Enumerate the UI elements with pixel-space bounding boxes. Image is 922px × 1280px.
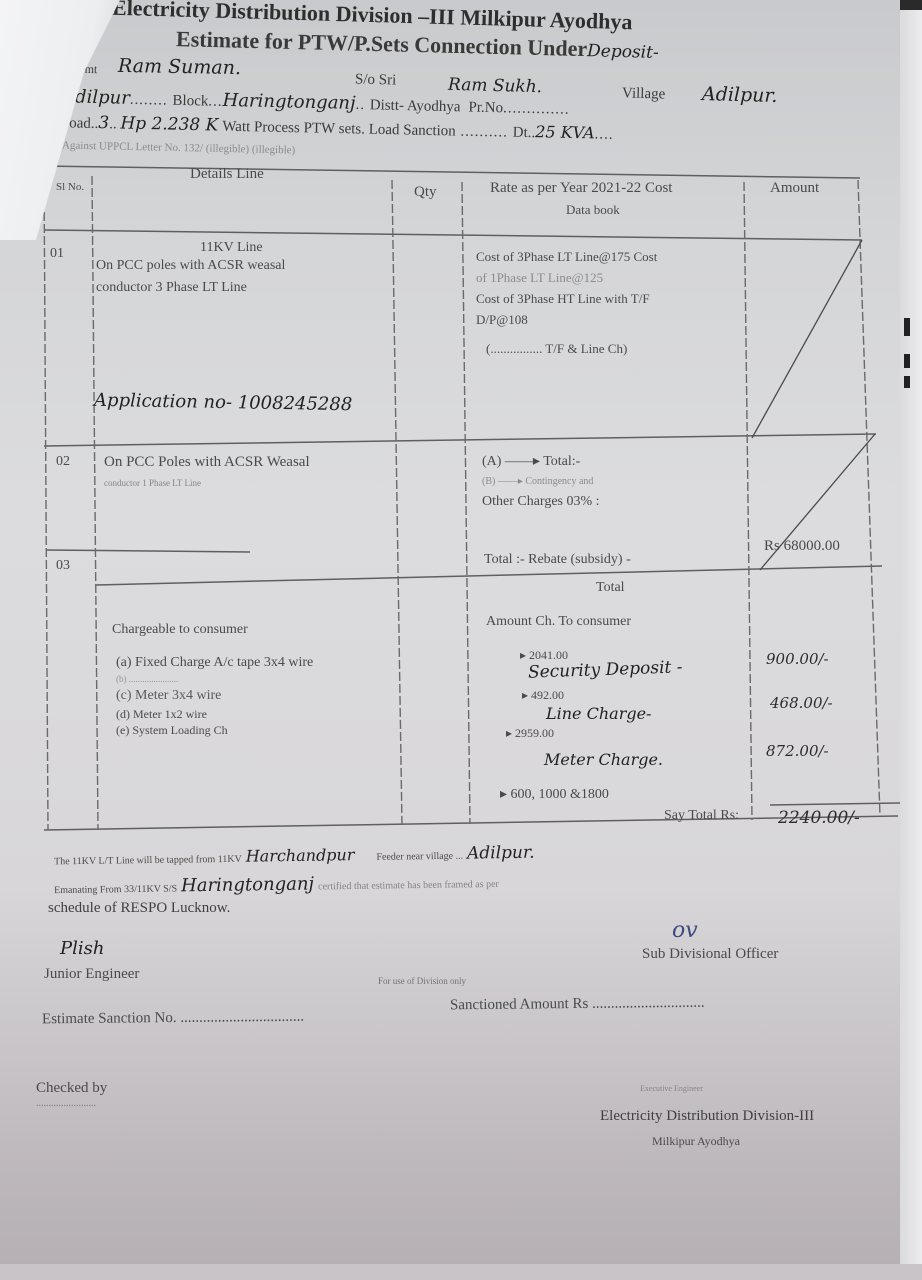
certified-text: certified that estimate has been framed … <box>318 879 499 893</box>
office-line1: Electricity Distribution Division-III <box>600 1108 814 1125</box>
table-grid <box>0 0 900 900</box>
checked-by-sub: ........................ <box>36 1098 96 1109</box>
col-header-amount: Amount <box>770 180 819 197</box>
office-line2: Milkipur Ayodhya <box>652 1134 740 1149</box>
punch-mark <box>904 318 910 336</box>
ee-label: Executive Engineer <box>640 1084 703 1093</box>
chargeable-item: (b) ...................... <box>116 673 313 685</box>
sdo-label: Sub Divisional Officer <box>642 946 778 963</box>
background-bottom-edge <box>0 1264 922 1280</box>
estimate-document: Electricity Distribution Division –III M… <box>0 0 900 1268</box>
rate-line: D/P@108 <box>476 309 657 330</box>
col-header-slno-text: Sl No. <box>56 181 84 193</box>
rate-line: (A) ——▸ Total:- <box>482 452 600 472</box>
row3-slno: 03 <box>56 558 70 574</box>
tapped-prefix: The 11KV L/T Line will be tapped from 11… <box>54 854 242 868</box>
tapped-mid: Feeder near village ... <box>376 851 463 863</box>
charge-amount-1: 900.00/- <box>766 650 829 668</box>
division-use-label: For use of Division only <box>378 976 466 986</box>
charge-printed-4: ▸ 600, 1000 &1800 <box>500 786 609 803</box>
rate-line: (................ T/F & Line Ch) <box>486 338 657 359</box>
rate-line: (B) ——▸ Contingency and <box>482 472 600 492</box>
charge-amount-3: 872.00/- <box>766 742 829 760</box>
total-label: Total <box>596 580 625 596</box>
col-header-qty: Qty <box>414 184 437 201</box>
col-header-slno: Sl No. <box>56 180 84 194</box>
chargeable-item: (a) Fixed Charge A/c tape 3x4 wire <box>116 652 313 673</box>
charge-amount-2: 468.00/- <box>770 694 833 712</box>
substation-name: Haringtonganj <box>181 873 314 896</box>
say-total-label: Say Total Rs: <box>664 808 739 824</box>
chargeable-item: (e) System Loading Ch <box>116 722 313 738</box>
amount-ch-heading: Amount Ch. To consumer <box>486 614 631 630</box>
punch-mark <box>904 354 910 368</box>
rate-line: of 1Phase LT Line@125 <box>476 267 657 288</box>
row1-details-line2: conductor 3 Phase LT Line <box>96 280 247 296</box>
row1-rate: Cost of 3Phase LT Line@175 Cost of 1Phas… <box>476 246 657 359</box>
sanction-no-field: Estimate Sanction No. ..................… <box>42 1009 304 1029</box>
charge-printed-2: ▸ 492.00 <box>522 688 564 703</box>
feeder-name: Harchandpur <box>246 845 355 866</box>
row2-rate: (A) ——▸ Total:- (B) ——▸ Contingency and … <box>482 452 600 512</box>
emanating-prefix: Emanating From 33/11KV S/S <box>54 883 177 896</box>
row2-details-line2: conductor 1 Phase LT Line <box>104 478 201 488</box>
checked-by-label: Checked by <box>36 1080 107 1097</box>
schedule-text: schedule of RESPO Lucknow. <box>48 900 230 917</box>
chargeable-heading: Chargeable to consumer <box>112 622 248 638</box>
sanctioned-amount-field: Sanctioned Amount Rs ...................… <box>450 995 705 1015</box>
punch-mark <box>904 376 910 388</box>
tapped-village: Adilpur. <box>467 843 535 864</box>
chargeable-item: (d) Meter 1x2 wire <box>116 706 313 722</box>
col-header-details: Details Line <box>190 166 264 183</box>
chargeable-items: (a) Fixed Charge A/c tape 3x4 wire (b) .… <box>116 652 313 738</box>
col-header-rate: Rate as per Year 2021-22 Cost <box>490 180 672 197</box>
row2-slno: 02 <box>56 454 70 470</box>
row1-slno: 01 <box>50 246 64 262</box>
row2-details-line1: On PCC Poles with ACSR Weasal <box>104 454 310 471</box>
col-header-rate-sub: Data book <box>566 202 620 218</box>
charge-handwritten-3: Meter Charge. <box>544 750 663 769</box>
rate-line: Cost of 3Phase LT Line@175 Cost <box>476 246 657 267</box>
je-label: Junior Engineer <box>44 966 139 983</box>
chargeable-item: (c) Meter 3x4 wire <box>116 685 313 706</box>
row1-heading: 11KV Line <box>200 240 263 256</box>
rate-line: Other Charges 03% : <box>482 492 600 512</box>
je-signature: Plish <box>60 938 104 959</box>
say-total-value: 2240.00/- <box>778 808 860 828</box>
rebate-label: Total :- Rebate (subsidy) - <box>484 552 631 568</box>
charge-handwritten-2: Line Charge- <box>546 704 651 723</box>
rate-line: Cost of 3Phase HT Line with T/F <box>476 288 657 309</box>
row1-details-line1: On PCC poles with ACSR weasal <box>96 258 285 274</box>
sdo-signature: ov <box>672 918 698 943</box>
application-number: Application no- 1008245288 <box>94 390 353 416</box>
rebate-amount: Rs 68000.00 <box>764 538 840 555</box>
charge-printed-3: ▸ 2959.00 <box>506 726 554 741</box>
